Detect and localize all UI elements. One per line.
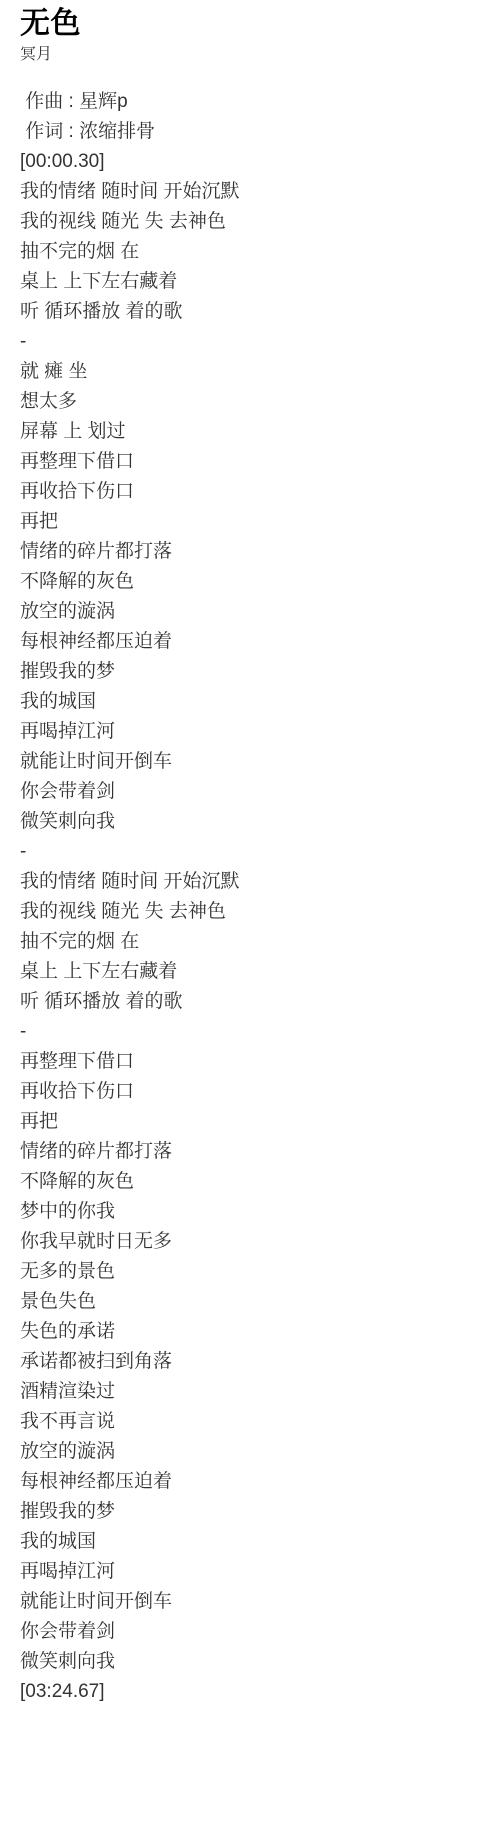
- lyric-line: 不降解的灰色: [20, 1167, 480, 1197]
- lyric-line: 摧毁我的梦: [20, 1497, 480, 1527]
- lyric-line: 我的视线 随光 失 去神色: [20, 897, 480, 927]
- lyric-line: 再把: [20, 507, 480, 537]
- lyric-line: 桌上 上下左右藏着: [20, 957, 480, 987]
- lyric-line: 我的视线 随光 失 去神色: [20, 207, 480, 237]
- lyric-line: 放空的漩涡: [20, 597, 480, 627]
- lyric-line: 作词 : 浓缩排骨: [20, 117, 480, 147]
- lyric-line: 微笑刺向我: [20, 807, 480, 837]
- lyric-line: 再整理下借口: [20, 447, 480, 477]
- lyric-line: 就 瘫 坐: [20, 357, 480, 387]
- lyric-line: 就能让时间开倒车: [20, 1587, 480, 1617]
- lyric-line: 情绪的碎片都打落: [20, 1137, 480, 1167]
- lyric-line: 你我早就时日无多: [20, 1227, 480, 1257]
- lyric-line: -: [20, 837, 480, 867]
- lyric-line: 不降解的灰色: [20, 567, 480, 597]
- song-title: 无色: [20, 4, 480, 44]
- lyric-line: -: [20, 1017, 480, 1047]
- lyric-line: 听 循环播放 着的歌: [20, 297, 480, 327]
- lyric-line: 抽不完的烟 在: [20, 927, 480, 957]
- lyric-line: 情绪的碎片都打落: [20, 537, 480, 567]
- lyric-line: 就能让时间开倒车: [20, 747, 480, 777]
- artist-name: 冥月: [20, 44, 480, 66]
- lyric-line: 承诺都被扫到角落: [20, 1347, 480, 1377]
- lyric-line: 作曲 : 星辉p: [20, 87, 480, 117]
- lyric-line: 每根神经都压迫着: [20, 1467, 480, 1497]
- lyric-line: 再喝掉江河: [20, 1557, 480, 1587]
- lyric-line: 再把: [20, 1107, 480, 1137]
- lyric-line: 摧毁我的梦: [20, 657, 480, 687]
- lyric-line: 我的情绪 随时间 开始沉默: [20, 867, 480, 897]
- lyric-line: 景色失色: [20, 1287, 480, 1317]
- lyric-line: 我的城国: [20, 1527, 480, 1557]
- lyrics-page: 无色 冥月 作曲 : 星辉p 作词 : 浓缩排骨[00:00.30]我的情绪 随…: [0, 0, 500, 1840]
- lyric-line: 放空的漩涡: [20, 1437, 480, 1467]
- lyric-line: [00:00.30]: [20, 147, 480, 177]
- lyric-line: 无多的景色: [20, 1257, 480, 1287]
- lyric-line: 再收拾下伤口: [20, 1077, 480, 1107]
- lyric-line: 微笑刺向我: [20, 1647, 480, 1677]
- lyric-line: 我不再言说: [20, 1407, 480, 1437]
- lyric-line: 桌上 上下左右藏着: [20, 267, 480, 297]
- lyric-line: 失色的承诺: [20, 1317, 480, 1347]
- lyric-line: 再整理下借口: [20, 1047, 480, 1077]
- lyric-line: 想太多: [20, 387, 480, 417]
- lyric-line: [03:24.67]: [20, 1677, 480, 1707]
- lyric-line: 再收拾下伤口: [20, 477, 480, 507]
- lyric-line: 再喝掉江河: [20, 717, 480, 747]
- lyrics-body: 作曲 : 星辉p 作词 : 浓缩排骨[00:00.30]我的情绪 随时间 开始沉…: [20, 87, 480, 1707]
- lyric-line: 听 循环播放 着的歌: [20, 987, 480, 1017]
- lyric-line: 你会带着剑: [20, 1617, 480, 1647]
- lyric-line: 抽不完的烟 在: [20, 237, 480, 267]
- lyric-line: 屏幕 上 划过: [20, 417, 480, 447]
- lyric-line: -: [20, 327, 480, 357]
- lyric-line: 你会带着剑: [20, 777, 480, 807]
- lyric-line: 我的情绪 随时间 开始沉默: [20, 177, 480, 207]
- lyric-line: 梦中的你我: [20, 1197, 480, 1227]
- lyric-line: 每根神经都压迫着: [20, 627, 480, 657]
- lyric-line: 我的城国: [20, 687, 480, 717]
- lyric-line: 酒精渲染过: [20, 1377, 480, 1407]
